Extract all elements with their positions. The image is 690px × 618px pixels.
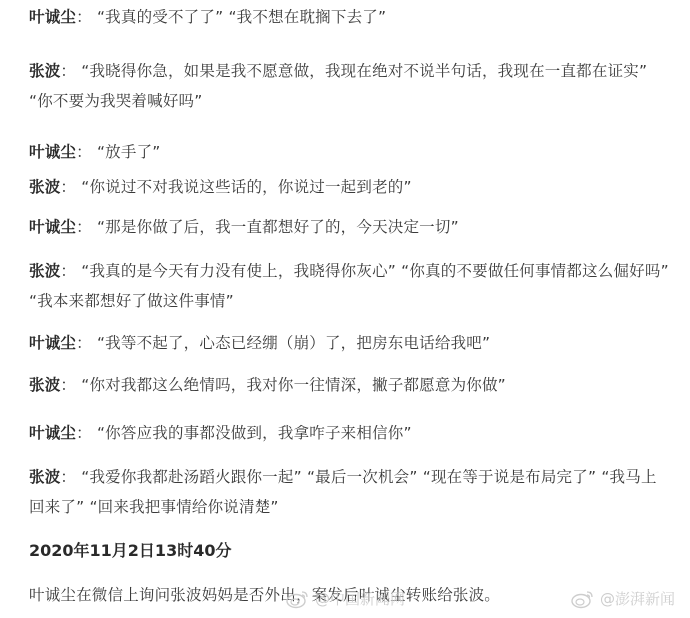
speaker-name: 张波 <box>29 178 60 196</box>
colon: ： <box>76 143 92 161</box>
dialogue-text: “你答应我的事都没做到，我拿咋子来相信你” <box>97 424 412 442</box>
speaker-name: 张波 <box>29 376 60 394</box>
speaker-name: 张波 <box>29 262 60 280</box>
dialogue-line: 张波： “我真的是今天有力没有使上，我晓得你灰心” “你真的不要做任何事情都这么… <box>29 256 669 316</box>
dialogue-text: “我爱你我都赴汤蹈火跟你一起” “最后一次机会” “现在等于说是布局完了” “我… <box>29 468 657 516</box>
watermark-text: @澎湃新闻 <box>600 588 675 609</box>
colon: ： <box>60 468 76 486</box>
weibo-icon <box>570 589 596 609</box>
watermark-text: @中国新闻网 <box>315 588 405 609</box>
colon: ： <box>60 262 76 280</box>
watermark-thepaper: @澎湃新闻 <box>570 588 675 609</box>
dialogue-text: “你对我都这么绝情吗，我对你一往情深，撇子都愿意为你做” <box>81 376 506 394</box>
weibo-icon <box>285 589 311 609</box>
dialogue-text: “你说过不对我说这些话的，你说过一起到老的” <box>81 178 411 196</box>
colon: ： <box>60 62 76 80</box>
dialogue-line: 张波： “你说过不对我说这些话的，你说过一起到老的” <box>29 172 669 202</box>
speaker-name: 张波 <box>29 468 60 486</box>
colon: ： <box>76 334 92 352</box>
dialogue-line: 张波： “你对我都这么绝情吗，我对你一往情深，撇子都愿意为你做” <box>29 370 669 400</box>
dialogue-line: 叶诚尘： “那是你做了后，我一直都想好了的，今天决定一切” <box>29 212 669 242</box>
timestamp-heading: 2020年11月2日13时40分 <box>29 536 231 566</box>
speaker-name: 叶诚尘 <box>29 143 76 161</box>
colon: ： <box>60 178 76 196</box>
dialogue-line: 叶诚尘： “我真的受不了了” “我不想在耽搁下去了” <box>29 2 669 32</box>
colon: ： <box>76 8 92 26</box>
dialogue-text: “放手了” <box>97 143 161 161</box>
speaker-name: 叶诚尘 <box>29 334 76 352</box>
dialogue-line: 叶诚尘： “我等不起了，心态已经绷（崩）了，把房东电话给我吧” <box>29 328 669 358</box>
dialogue-line: 张波： “我晓得你急，如果是我不愿意做，我现在绝对不说半句话，我现在一直都在证实… <box>29 56 669 116</box>
dialogue-text: “那是你做了后，我一直都想好了的，今天决定一切” <box>97 218 459 236</box>
speaker-name: 叶诚尘 <box>29 218 76 236</box>
dialogue-line: 叶诚尘： “你答应我的事都没做到，我拿咋子来相信你” <box>29 418 669 448</box>
dialogue-text: “我晓得你急，如果是我不愿意做，我现在绝对不说半句话，我现在一直都在证实” “你… <box>29 62 647 110</box>
dialogue-text: “我真的受不了了” “我不想在耽搁下去了” <box>97 8 386 26</box>
speaker-name: 张波 <box>29 62 60 80</box>
speaker-name: 叶诚尘 <box>29 8 76 26</box>
dialogue-text: “我等不起了，心态已经绷（崩）了，把房东电话给我吧” <box>97 334 490 352</box>
colon: ： <box>60 376 76 394</box>
colon: ： <box>76 218 92 236</box>
colon: ： <box>76 424 92 442</box>
dialogue-line: 张波： “我爱你我都赴汤蹈火跟你一起” “最后一次机会” “现在等于说是布局完了… <box>29 462 669 522</box>
dialogue-line: 叶诚尘： “放手了” <box>29 137 669 167</box>
watermark-chinanews: @中国新闻网 <box>285 588 405 609</box>
speaker-name: 叶诚尘 <box>29 424 76 442</box>
dialogue-text: “我真的是今天有力没有使上，我晓得你灰心” “你真的不要做任何事情都这么倔好吗”… <box>29 262 669 310</box>
